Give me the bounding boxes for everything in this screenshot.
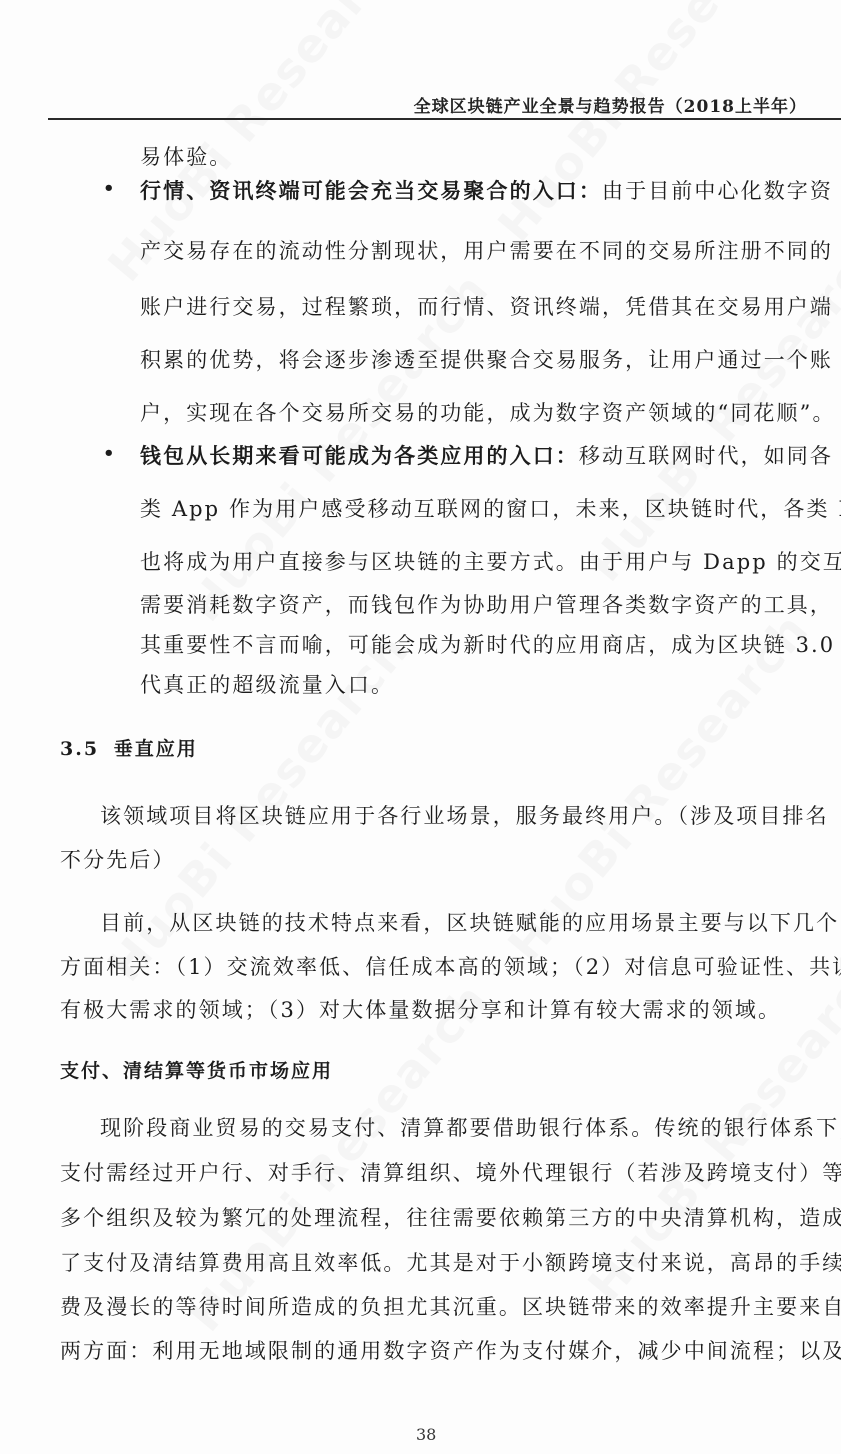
page-number: 38: [416, 1425, 436, 1444]
bullet-2-text: 移动互联网时代，如同各: [579, 444, 833, 468]
bullet-2-first-line: 钱包从长期来看可能成为各类应用的入口：移动互联网时代，如同各: [140, 443, 833, 469]
bullet-2-lead: 钱包从长期来看可能成为各类应用的入口：: [140, 443, 579, 468]
bullet-1-line: 户，实现在各个交易所交易的功能，成为数字资产领域的“同花顺”。: [140, 400, 836, 426]
running-header-title: 全球区块链产业全景与趋势报告（2018上半年）: [414, 92, 807, 117]
bullet-1-lead: 行情、资讯终端可能会充当交易聚合的入口：: [140, 178, 602, 203]
bullet-2-line: 类 App 作为用户感受移动互联网的窗口，未来，区块链时代，各类 Dapp: [140, 496, 841, 522]
watermark-layer: HuoBi Research HuoBi Research HuoBi Rese…: [0, 0, 841, 1454]
bullet-1-line: 账户进行交易，过程繁琐，而行情、资讯终端，凭借其在交易用户端: [140, 294, 833, 320]
paragraph-2-line: 目前，从区块链的技术特点来看，区块链赋能的应用场景主要与以下几个: [100, 910, 839, 936]
bullet-2-line: 其重要性不言而喻，可能会成为新时代的应用商店，成为区块链 3.0 时: [140, 632, 841, 658]
bullet-1-first-line: 行情、资讯终端可能会充当交易聚合的入口：由于目前中心化数字资: [140, 178, 833, 204]
section-number: 3.5: [60, 738, 99, 760]
watermark: HuoBi Research: [177, 972, 499, 1341]
watermark: HuoBi Research: [487, 0, 809, 252]
paragraph-3-line: 两方面：利用无地域限制的通用数字资产作为支付媒介，减少中间流程；以及: [60, 1338, 841, 1364]
bullet-1-line: 产交易存在的流动性分割现状，用户需要在不同的交易所注册不同的: [140, 238, 833, 264]
paragraph-1-line: 不分先后）: [60, 847, 176, 873]
paragraph-3-line: 费及漫长的等待时间所造成的负担尤其沉重。区块链带来的效率提升主要来自: [60, 1294, 841, 1320]
subheading: 支付、清结算等货币市场应用: [60, 1056, 333, 1083]
bullet-1-line: 积累的优势，将会逐步渗透至提供聚合交易服务，让用户通过一个账: [140, 347, 833, 373]
continuation-text: 易体验。: [140, 144, 232, 170]
section-heading: 3.5 垂直应用: [60, 734, 198, 761]
paragraph-2-line: 有极大需求的领域；（3）对大体量数据分享和计算有较大需求的领域。: [60, 997, 781, 1023]
section-title: 垂直应用: [114, 738, 198, 760]
bullet-2-line: 代真正的超级流量入口。: [140, 672, 394, 698]
paragraph-2-line: 方面相关：（1）交流效率低、信任成本高的领域；（2）对信息可验证性、共识: [60, 954, 841, 980]
header-rule: [48, 118, 841, 120]
paragraph-1-line: 该领域项目将区块链应用于各行业场景，服务最终用户。（涉及项目排名: [100, 803, 829, 829]
paragraph-3-line: 多个组织及较为繁冗的处理流程，往往需要依赖第三方的中央清算机构，造成: [60, 1205, 841, 1231]
document-page: HuoBi Research HuoBi Research HuoBi Rese…: [0, 0, 841, 1454]
bullet-icon: •: [103, 178, 115, 199]
bullet-icon: •: [103, 443, 115, 464]
bullet-2-line: 也将成为用户直接参与区块链的主要方式。由于用户与 Dapp 的交互: [140, 549, 841, 575]
paragraph-3-line: 支付需经过开户行、对手行、清算组织、境外代理银行（若涉及跨境支付）等: [60, 1160, 841, 1186]
paragraph-3-line: 现阶段商业贸易的交易支付、清算都要借助银行体系。传统的银行体系下，: [100, 1115, 841, 1141]
bullet-1-text: 由于目前中心化数字资: [602, 179, 833, 203]
bullet-2-line: 需要消耗数字资产，而钱包作为协助用户管理各类数字资产的工具，: [140, 592, 833, 618]
paragraph-3-line: 了支付及清结算费用高且效率低。尤其是对于小额跨境支付来说，高昂的手续: [60, 1250, 841, 1276]
